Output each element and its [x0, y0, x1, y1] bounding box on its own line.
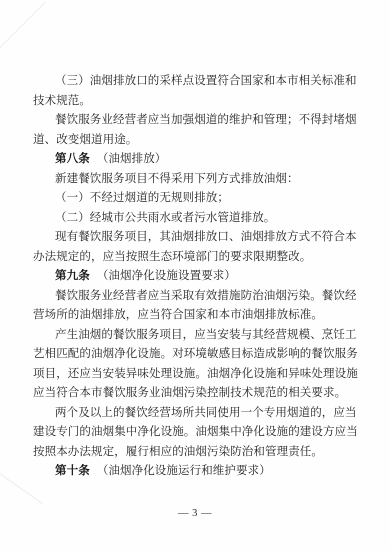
article-title: （油烟净化设施运行和维护要求） [97, 465, 271, 477]
article-number: 第九条 [55, 270, 90, 282]
text-line: 产生油烟的餐饮服务项目，应当安装与其经营规模、烹饪工 [33, 326, 359, 346]
document-body: （三）油烟排放口的采样点设置符合国家和本市相关标准和技术规范。餐饮服务业经营者应… [33, 72, 359, 482]
text-line: （一）不经过烟道的无规则排放； [33, 189, 359, 209]
text-line: 艺相匹配的油烟净化设施。对环境敏感目标造成影响的餐饮服务 [33, 345, 359, 365]
article-heading: 第八条（油烟排放） [33, 150, 359, 170]
text-line: 项目，还应当安装异味处理设施。油烟净化设施和异味处理设施 [33, 365, 359, 385]
article-title: （油烟净化设施设置要求） [97, 270, 236, 282]
article-number: 第十条 [55, 465, 90, 477]
text-line: 建设专门的油烟集中净化设施。油烟集中净化设施的建设方应当 [33, 423, 359, 443]
text-line: 技术规范。 [33, 92, 359, 112]
text-line: 新建餐饮服务项目不得采用下列方式排放油烟： [33, 170, 359, 190]
text-line: 现有餐饮服务项目，其油烟排放口、油烟排放方式不符合本 [33, 228, 359, 248]
text-line: 营场所的油烟排放，应当符合国家和本市油烟排放标准。 [33, 306, 359, 326]
text-line: （三）油烟排放口的采样点设置符合国家和本市相关标准和 [33, 72, 359, 92]
article-heading: 第九条（油烟净化设施设置要求） [33, 267, 359, 287]
text-line: 餐饮服务业经营者应当采取有效措施防治油烟污染。餐饮经 [33, 287, 359, 307]
page-number: — 3 — [0, 508, 390, 519]
text-line: 按照本办法规定，履行相应的油烟污染防治和管理责任。 [33, 443, 359, 463]
article-heading: 第十条（油烟净化设施运行和维护要求） [33, 462, 359, 482]
document-page: （三）油烟排放口的采样点设置符合国家和本市相关标准和技术规范。餐饮服务业经营者应… [0, 0, 390, 551]
scan-artifact-top-left [0, 1, 46, 51]
article-title: （油烟排放） [97, 153, 167, 165]
article-number: 第八条 [55, 153, 90, 165]
text-line: 办法规定的，应当按照生态环境部门的要求限期整改。 [33, 248, 359, 268]
text-line: 餐饮服务业经营者应当加强烟道的维护和管理；不得封堵烟 [33, 111, 359, 131]
text-line: 两个及以上的餐饮经营场所共同使用一个专用烟道的，应当 [33, 404, 359, 424]
text-line: 应当符合本市餐饮服务业油烟污染控制技术规范的相关要求。 [33, 384, 359, 404]
text-line: （二）经城市公共雨水或者污水管道排放。 [33, 209, 359, 229]
text-line: 道、改变烟道用途。 [33, 131, 359, 151]
